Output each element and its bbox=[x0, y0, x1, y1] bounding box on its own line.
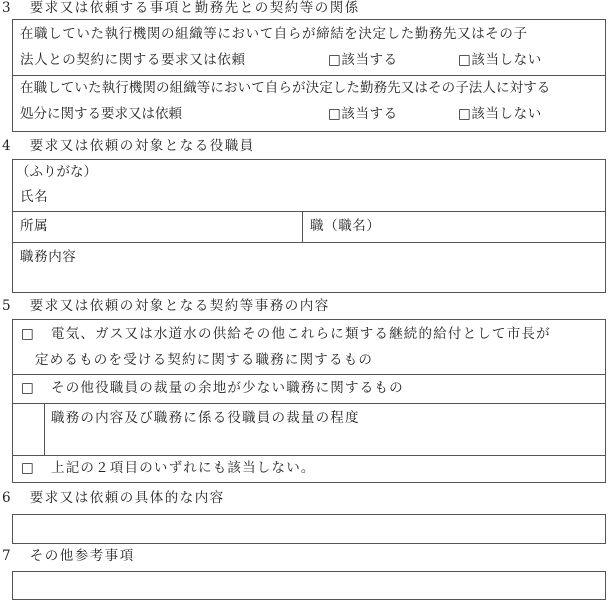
low-discretion-text: その他役職員の裁量の余地が少ない職務に関するもの bbox=[51, 377, 404, 399]
section-number: 4 bbox=[0, 136, 24, 156]
indent-divider bbox=[44, 404, 45, 455]
none-applicable-checkbox[interactable]: □ bbox=[21, 457, 34, 479]
not-applicable-checkbox[interactable]: □該当しない bbox=[458, 103, 542, 125]
affiliation-label: 所属 bbox=[20, 215, 48, 237]
target-officer-table: （ふりがな） 氏名 所属 職（職名） 職務内容 bbox=[12, 159, 606, 293]
other-references-field[interactable] bbox=[12, 571, 606, 600]
none-applicable-text: 上記の２項目のいずれにも該当しない。 bbox=[51, 457, 316, 479]
name-row[interactable]: （ふりがな） 氏名 bbox=[13, 160, 605, 212]
discretion-detail-label: 職務の内容及び職務に係る役職員の裁量の程度 bbox=[51, 407, 360, 429]
section-5-heading: 5 要求又は依頼の対象となる契約等事務の内容 bbox=[0, 296, 330, 316]
affiliation-row: 所属 職（職名） bbox=[13, 212, 605, 243]
section-4-heading: 4 要求又は依頼の対象となる役職員 bbox=[0, 136, 255, 156]
section-number: 6 bbox=[0, 488, 24, 508]
row-text-line2: 処分に関する要求又は依頼 bbox=[20, 103, 182, 125]
duties-label: 職務内容 bbox=[20, 246, 76, 268]
section-title: 要求又は依頼の具体的な内容 bbox=[30, 490, 225, 506]
utility-contract-text-line1: 電気、ガス又は水道水の供給その他これらに類する継続的給付として市長が bbox=[51, 323, 551, 345]
row-text-line1: 在職していた執行機関の組織等において自らが締結を決定した勤務先又はその子 bbox=[20, 23, 528, 45]
section-6-heading: 6 要求又は依頼の具体的な内容 bbox=[0, 488, 225, 508]
utility-contract-row: □ 電気、ガス又は水道水の供給その他これらに類する継続的給付として市長が 定める… bbox=[13, 320, 605, 375]
utility-contract-text-line2: 定めるものを受ける契約に関する職務に関するもの bbox=[35, 349, 373, 371]
section-7-heading: 7 その他参考事項 bbox=[0, 546, 135, 566]
row-text-line2: 法人との契約に関する要求又は依頼 bbox=[20, 49, 246, 71]
duties-row[interactable]: 職務内容 bbox=[13, 243, 605, 291]
section-3-heading: 3 要求又は依頼する事項と勤務先との契約等の関係 bbox=[0, 0, 360, 18]
utility-contract-checkbox[interactable]: □ bbox=[21, 323, 34, 345]
row-text-line1: 在職していた執行機関の組織等において自らが決定した勤務先又はその子法人に対する bbox=[20, 77, 550, 99]
furigana-label: （ふりがな） bbox=[16, 161, 97, 183]
low-discretion-checkbox[interactable]: □ bbox=[21, 377, 34, 399]
section-title: その他参考事項 bbox=[30, 548, 135, 564]
name-label: 氏名 bbox=[20, 186, 48, 208]
none-applicable-row: □ 上記の２項目のいずれにも該当しない。 bbox=[13, 456, 605, 481]
section-number: 5 bbox=[0, 296, 24, 316]
section-number: 3 bbox=[0, 0, 24, 18]
applicable-checkbox[interactable]: □該当する bbox=[328, 103, 398, 125]
section-title: 要求又は依頼する事項と勤務先との契約等の関係 bbox=[30, 0, 360, 16]
contract-relation-table: 在職していた執行機関の組織等において自らが締結を決定した勤務先又はその子 法人と… bbox=[12, 19, 606, 132]
column-divider bbox=[302, 212, 303, 242]
specific-content-field[interactable] bbox=[12, 514, 606, 544]
section-title: 要求又は依頼の対象となる役職員 bbox=[30, 138, 255, 154]
position-label: 職（職名） bbox=[310, 215, 381, 237]
not-applicable-checkbox[interactable]: □該当しない bbox=[458, 49, 542, 71]
discretion-detail-row[interactable]: 職務の内容及び職務に係る役職員の裁量の程度 bbox=[13, 404, 605, 456]
applicable-checkbox[interactable]: □該当する bbox=[328, 49, 398, 71]
low-discretion-row: □ その他役職員の裁量の余地が少ない職務に関するもの bbox=[13, 375, 605, 404]
section-number: 7 bbox=[0, 546, 24, 566]
contract-relation-row: 在職していた執行機関の組織等において自らが締結を決定した勤務先又はその子 法人と… bbox=[13, 20, 605, 76]
section-title: 要求又は依頼の対象となる契約等事務の内容 bbox=[30, 298, 330, 314]
disposition-relation-row: 在職していた執行機関の組織等において自らが決定した勤務先又はその子法人に対する … bbox=[13, 76, 605, 130]
contract-affairs-table: □ 電気、ガス又は水道水の供給その他これらに類する継続的給付として市長が 定める… bbox=[12, 319, 606, 483]
